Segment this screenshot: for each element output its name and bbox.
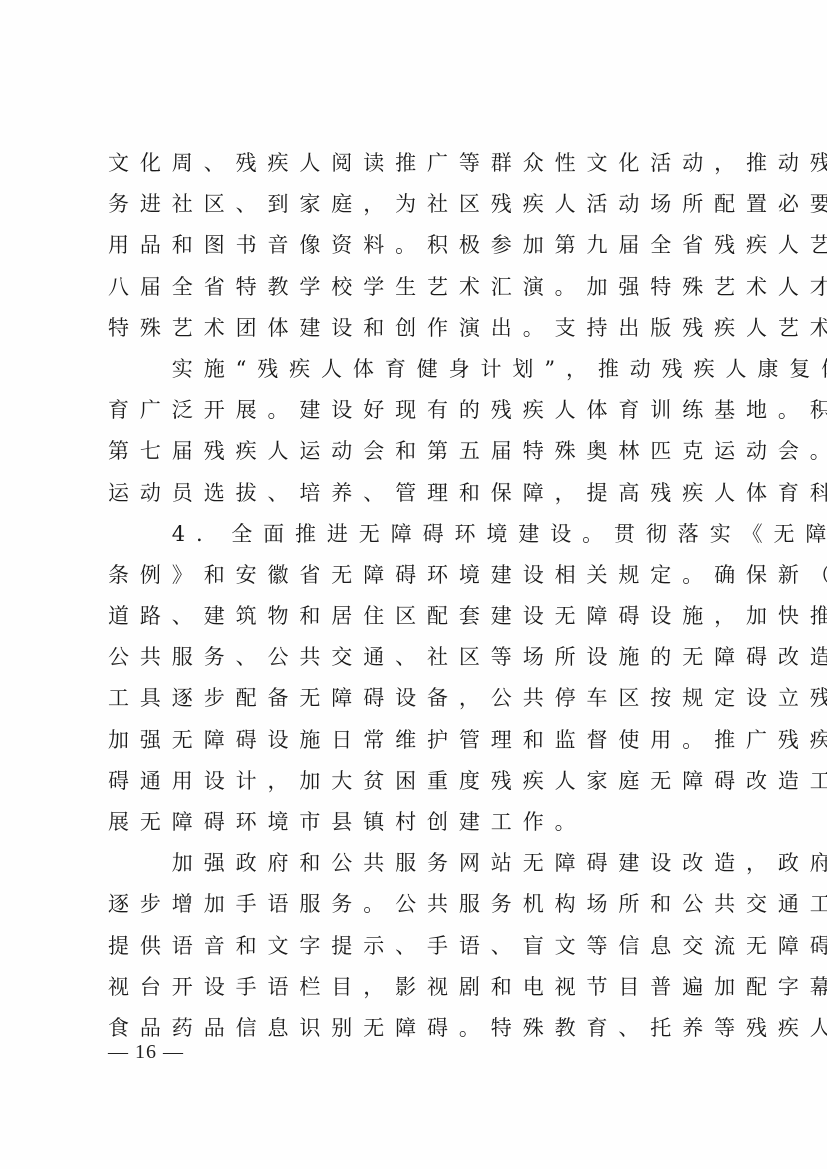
text-line: 运动员选拔、培养、管理和保障，提高残疾人体育科学化水平。 <box>108 473 722 514</box>
section-heading-line: 4. 全面推进无障碍环境建设。贯彻落实《无障碍环境建设 <box>108 514 722 555</box>
text-line: 文化周、残疾人阅读推广等群众性文化活动，推动残疾人文化服 <box>108 143 722 184</box>
text-line: 公共服务、公共交通、社区等场所设施的无障碍改造。公共交通 <box>108 637 722 678</box>
document-page: 文化周、残疾人阅读推广等群众性文化活动，推动残疾人文化服 务进社区、到家庭，为社… <box>0 0 827 1169</box>
body-text: 文化周、残疾人阅读推广等群众性文化活动，推动残疾人文化服 务进社区、到家庭，为社… <box>108 143 722 1049</box>
text-line: 逐步增加手语服务。公共服务机构场所和公共交通工具为残疾人 <box>108 884 722 925</box>
text-line: 道路、建筑物和居住区配套建设无障碍设施，加快推进政府机关、 <box>108 596 722 637</box>
text-line: 碍通用设计，加大贫困重度残疾人家庭无障碍改造工作力度。开 <box>108 761 722 802</box>
text-line: 展无障碍环境市县镇村创建工作。 <box>108 802 722 843</box>
text-line: 第七届残疾人运动会和第五届特殊奥林匹克运动会。加强残疾人 <box>108 431 722 472</box>
text-line: 条例》和安徽省无障碍环境建设相关规定。确保新（改、扩）建 <box>108 555 722 596</box>
text-line: 八届全省特教学校学生艺术汇演。加强特殊艺术人才培养，扶持 <box>108 267 722 308</box>
text-line: 加强无障碍设施日常维护管理和监督使用。推广残疾人家居无障 <box>108 720 722 761</box>
text-line: 特殊艺术团体建设和创作演出。支持出版残疾人艺术精品力作。 <box>108 308 722 349</box>
page-number: — 16 — <box>108 1041 184 1064</box>
text-line: 食品药品信息识别无障碍。特殊教育、托养等残疾人集中的机构 <box>108 1008 722 1049</box>
text-line: 育广泛开展。建设好现有的残疾人体育训练基地。积极参加全省 <box>108 390 722 431</box>
text-line: 实施“残疾人体育健身计划”，推动残疾人康复体育和健身体 <box>108 349 722 390</box>
text-line: 提供语音和文字提示、手语、盲文等信息交流无障碍服务。市电 <box>108 926 722 967</box>
text-line: 视台开设手语栏目，影视剧和电视节目普遍加配字幕。加快推进 <box>108 967 722 1008</box>
text-line: 务进社区、到家庭，为社区残疾人活动场所配置必要的文化艺术 <box>108 184 722 225</box>
text-line: 加强政府和公共服务网站无障碍建设改造，政府新闻发布会 <box>108 843 722 884</box>
text-line: 工具逐步配备无障碍设备，公共停车区按规定设立残疾人停车位。 <box>108 678 722 719</box>
text-line: 用品和图书音像资料。积极参加第九届全省残疾人艺术汇演和第 <box>108 225 722 266</box>
